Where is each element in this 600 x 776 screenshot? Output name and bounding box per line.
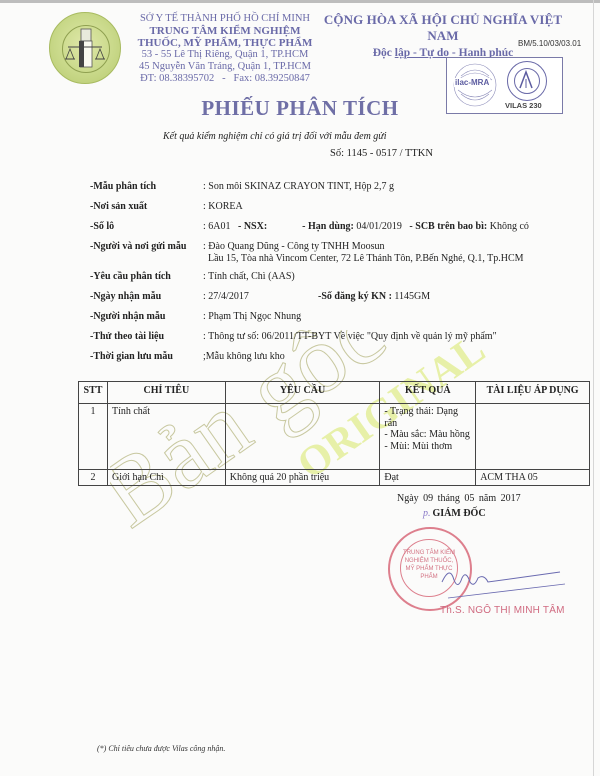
issuer-block: SỞ Y TẾ THÀNH PHỐ HỒ CHÍ MINH TRUNG TÂM … [130,13,320,85]
table-row: 1 Tính chất - Trạng thái: Dạng rắn - Màu… [79,404,590,470]
validity-note: Kết quả kiểm nghiệm chỉ có giá trị đối v… [163,131,387,142]
signer-name: Th.S. NGÔ THỊ MINH TÂM [440,605,565,616]
address-1: 53 - 55 Lê Thị Riêng, Quận 1, TP.HCM [130,49,320,61]
center-name: TRUNG TÂM KIỂM NGHIỆM [130,25,320,37]
document-number: Số: 1145 - 0517 / TTKN [330,148,433,159]
col-header-result: KẾT QUẢ [380,382,476,404]
form-code: BM/5.10/03/03.01 [518,39,581,48]
results-table: STT CHỈ TIÊU YÊU CẦU KẾT QUẢ TÀI LIỆU ÁP… [78,381,590,486]
footnote: (*) Chỉ tiêu chưa được Vilas công nhận. [97,744,225,753]
table-row: 2 Giới hạn Chì Không quá 20 phần triệu Đ… [79,470,590,486]
center-logo [49,12,121,84]
scales-icon [50,13,120,83]
col-header-stt: STT [79,382,108,404]
phone-fax: ĐT: 08.38395702 - Fax: 08.39250847 [130,73,320,85]
boa-emblem-icon [507,61,547,101]
national-header: CỘNG HÒA XÃ HỘI CHỦ NGHĨA VIỆT NAM Độc l… [318,12,568,59]
page-title: PHIẾU PHÂN TÍCH [0,96,600,121]
signature-mark [440,560,570,600]
issue-date: Ngày 09 tháng 05 năm 2017 [397,493,521,504]
address-2: 45 Nguyễn Văn Tráng, Quận 1, TP.HCM [130,61,320,73]
col-header-requirement: YÊU CẦU [225,382,380,404]
result-cell: - Trạng thái: Dạng rắn - Màu sắc: Màu hồ… [380,404,476,470]
director-title: p.GIÁM ĐỐC [423,508,486,519]
department: SỞ Y TẾ THÀNH PHỐ HỒ CHÍ MINH [130,13,320,25]
table-header-row: STT CHỈ TIÊU YÊU CẦU KẾT QUẢ TÀI LIỆU ÁP… [79,382,590,404]
col-header-criterion: CHỈ TIÊU [107,382,225,404]
scan-top-edge [0,0,600,3]
col-header-reference: TÀI LIỆU ÁP DỤNG [476,382,590,404]
center-name-2: THUỐC, MỸ PHẨM, THỰC PHẨM [130,37,320,49]
